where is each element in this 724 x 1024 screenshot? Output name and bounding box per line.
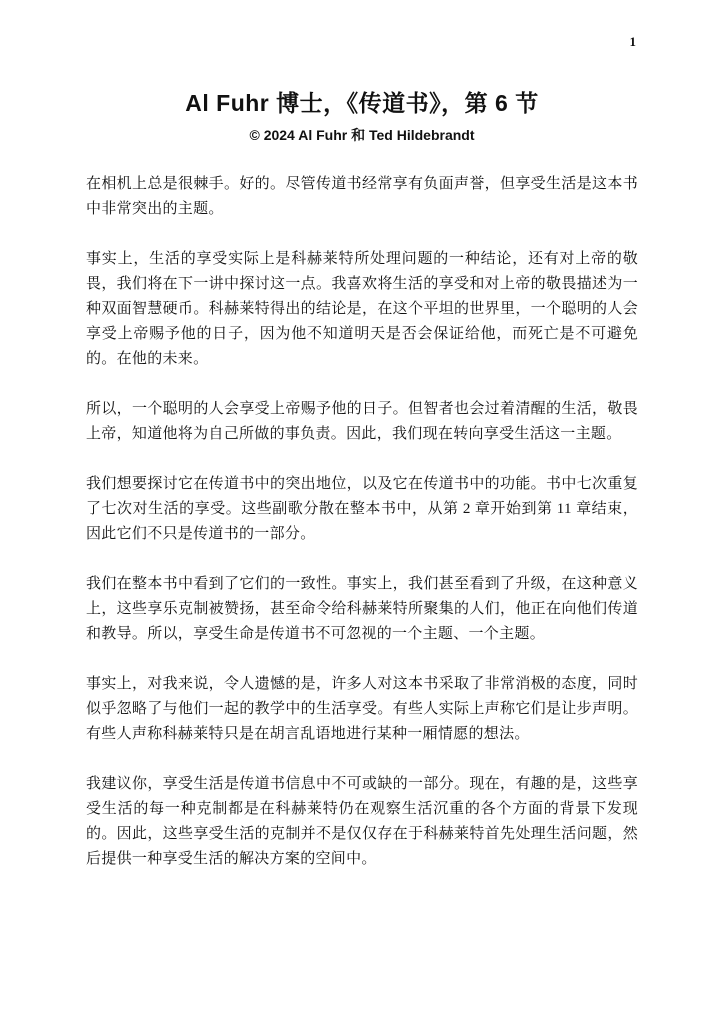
paragraph: 我建议你，享受生活是传道书信息中不可或缺的一部分。现在，有趣的是，这些享受生活的… [86,772,638,872]
document-body: 在相机上总是很棘手。好的。尽管传道书经常享有负面声誉，但享受生活是这本书中非常突… [86,172,638,872]
document-page: 1 Al Fuhr 博士，《传道书》，第 6 节 © 2024 Al Fuhr … [0,0,724,1024]
document-title: Al Fuhr 博士，《传道书》，第 6 节 [86,88,638,118]
paragraph: 我们想要探讨它在传道书中的突出地位，以及它在传道书中的功能。书中七次重复了七次对… [86,472,638,547]
page-number: 1 [86,30,638,52]
paragraph: 在相机上总是很棘手。好的。尽管传道书经常享有负面声誉，但享受生活是这本书中非常突… [86,172,638,222]
paragraph: 事实上，生活的享受实际上是科赫莱特所处理问题的一种结论，还有对上帝的敬畏，我们将… [86,247,638,372]
copyright-line: © 2024 Al Fuhr 和 Ted Hildebrandt [86,126,638,144]
paragraph: 所以，一个聪明的人会享受上帝赐予他的日子。但智者也会过着清醒的生活，敬畏上帝，知… [86,397,638,447]
paragraph: 事实上，对我来说，令人遗憾的是，许多人对这本书采取了非常消极的态度，同时似乎忽略… [86,672,638,747]
paragraph: 我们在整本书中看到了它们的一致性。事实上，我们甚至看到了升级，在这种意义上，这些… [86,572,638,647]
